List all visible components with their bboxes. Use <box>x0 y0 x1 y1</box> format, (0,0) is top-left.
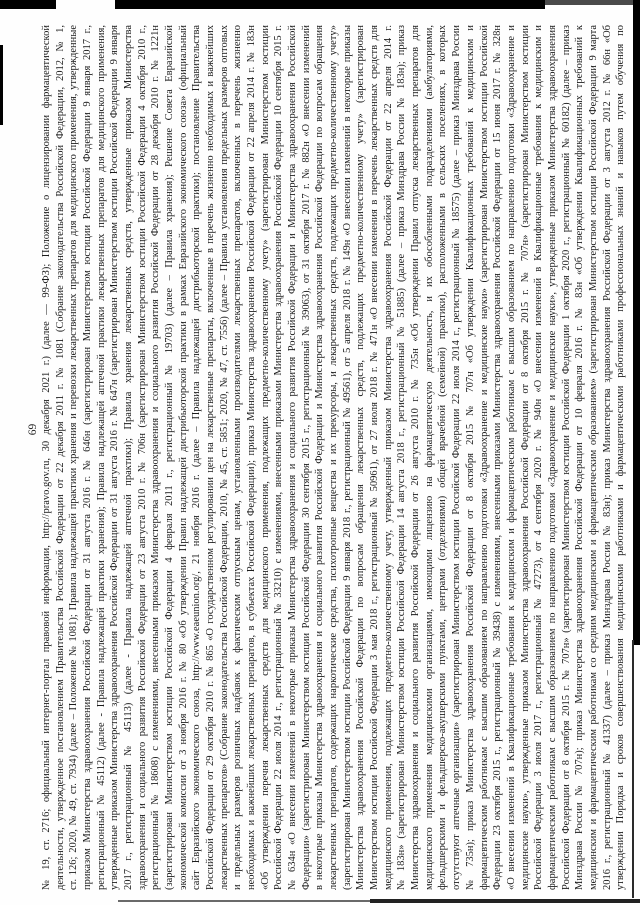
text-line: лекарственных препаратов» (Собрание зако… <box>218 25 232 890</box>
text-line: Российской Федерации от 8 октября 2015 г… <box>560 25 574 890</box>
text-line: Российской Федерации от 29 октября 2010 … <box>204 25 218 890</box>
text-line: здравоохранения и социального развития Р… <box>136 25 150 890</box>
scanned-document-page: 69 № 19, ст. 2716; официальный интернет-… <box>0 0 640 905</box>
text-line: лекарственных препаратов, содержащих нар… <box>327 25 341 890</box>
text-line: 2016 г., регистрационный № 41337) (далее… <box>601 25 615 890</box>
text-line: (зарегистрирован Министерством юстиции Р… <box>163 25 177 890</box>
text-line: и предельных размеров розничных надбавок… <box>231 25 245 890</box>
text-line: Минздрава России № 707н); приказ Министе… <box>573 25 587 890</box>
legal-text-paragraph: № 19, ст. 2716; официальный интернет-пор… <box>40 25 628 890</box>
text-line: утвержденные приказом Министерства здрав… <box>108 25 122 890</box>
text-line: № 735н); приказ Министерства здравоохран… <box>464 25 478 890</box>
text-line: медицинские науки», утвержденные приказо… <box>519 25 533 890</box>
text-line: «Об утверждении перечня лекарственных ср… <box>259 25 273 890</box>
text-line: медицинского применения медицинскими орг… <box>423 25 437 890</box>
text-line: Российской Федерации 3 июля 2017 г., рег… <box>532 25 546 890</box>
text-line: № 634н «О внесении изменений в некоторые… <box>286 25 300 890</box>
rotated-page-content: 69 № 19, ст. 2716; официальный интернет-… <box>0 0 640 905</box>
text-line: приказом Министерства здравоохранения Ро… <box>81 25 95 890</box>
text-line: Министерства здравоохранения Российской … <box>354 25 368 890</box>
text-line: в некоторые приказы Министерства здравоо… <box>313 25 327 890</box>
text-line: «О внесении изменений в Квалификационные… <box>505 25 519 890</box>
text-line: утверждении Порядка и сроков совершенств… <box>614 25 628 890</box>
text-line: Федерации 23 октября 2015 г., регистраци… <box>491 25 505 890</box>
text-line: деятельности, утвержденное постановление… <box>54 25 68 890</box>
text-line: фармацевтическим работникам с высшим обр… <box>478 25 492 890</box>
text-line: экономической комиссии от 3 ноября 2016 … <box>177 25 191 890</box>
text-line: регистрационный № 45112) (далее - Правил… <box>95 25 109 890</box>
text-line: отсутствуют аптечные организации» (зарег… <box>450 25 464 890</box>
text-line: фармацевтическим работникам с высшим обр… <box>546 25 560 890</box>
text-line: (зарегистрирован Министерством юстиции Р… <box>341 25 355 890</box>
text-line: необходимых и важнейших лекарственных пр… <box>245 25 259 890</box>
text-line: сайт Евразийского экономического союза, … <box>190 25 204 890</box>
text-line: Федерации» (зарегистрирован Министерство… <box>300 25 314 890</box>
text-line: медицинским и фармацевтическим работника… <box>587 25 601 890</box>
text-line: № 183н» (зарегистрирован Министерством ю… <box>395 25 409 890</box>
text-line: 2017 г., регистрационный № 45113) (далее… <box>122 25 136 890</box>
page-number: 69 <box>26 0 40 862</box>
text-line: Министерства здравоохранения и социально… <box>409 25 423 890</box>
text-line: Российской Федерации 22 июля 2014 г., ре… <box>272 25 286 890</box>
text-line: № 19, ст. 2716; официальный интернет-пор… <box>40 25 54 890</box>
text-line: Министерством юстиции Российской Федерац… <box>368 25 382 890</box>
text-line: медицинского применения, подлежащих пред… <box>382 25 396 890</box>
text-line: регистрационный № 18608) с изменениями, … <box>149 25 163 890</box>
text-line: ст. 126; 2020, № 49, ст. 7934) (далее – … <box>67 25 81 890</box>
text-line: фельдшерскими и фельдшерско-акушерскими … <box>436 25 450 890</box>
